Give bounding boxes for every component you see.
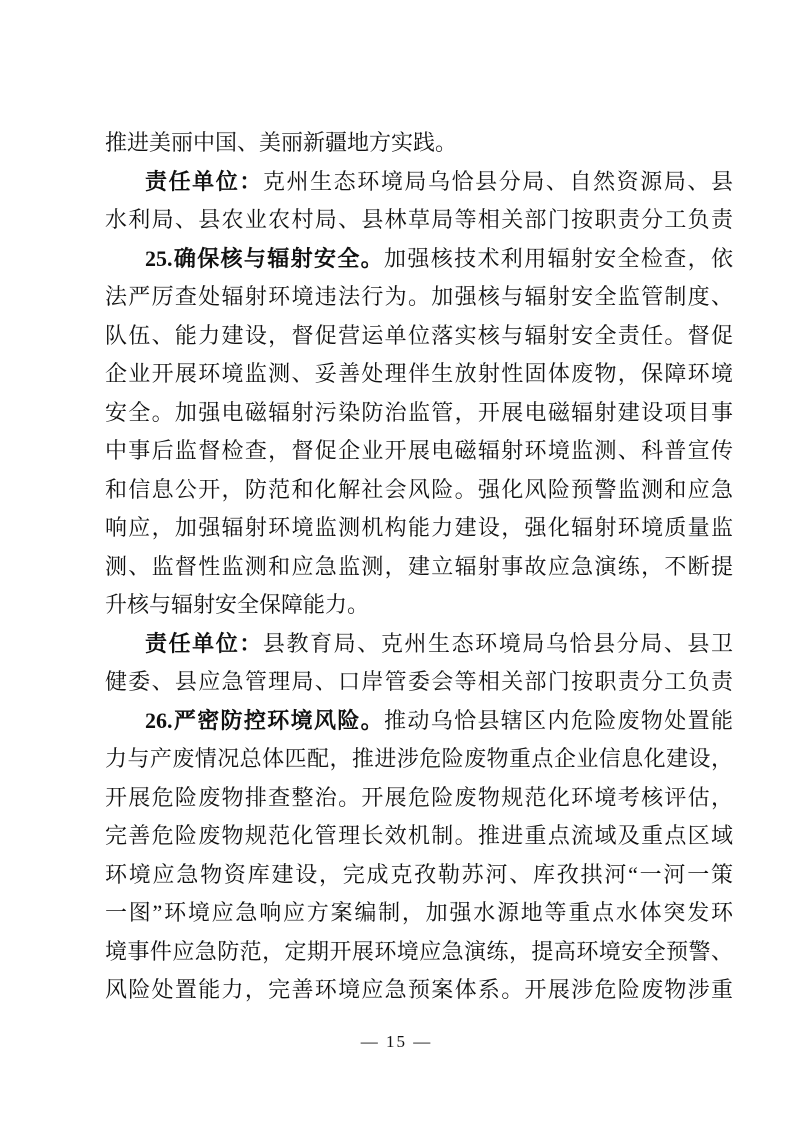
heading-bold-text: 25.确保核与辐射安全。 [145,246,384,271]
text-line: 响应，加强辐射环境监测机构能力建设，强化辐射环境质量监 [105,509,733,548]
line-text: 水利局、县农业农村局、县林草局等相关部门按职责分工负责 [105,207,733,232]
text-line: 环境应急物资库建设，完成克孜勒苏河、库孜拱河“一河一策 [105,856,733,895]
line-text: 响应，加强辐射环境监测机构能力建设，强化辐射环境质量监 [105,515,733,540]
text-line: 完善危险废物规范化管理长效机制。推进重点流域及重点区域 [105,817,733,856]
text-line: 风险处置能力，完善环境应急预案体系。开展涉危险废物涉重 [105,971,733,1010]
text-line: 开展危险废物排查整治。开展危险废物规范化环境考核评估， [105,779,733,818]
text-line: 升核与辐射安全保障能力。 [105,586,733,625]
text-line: 责任单位：克州生态环境局乌恰县分局、自然资源局、县 [105,163,733,202]
text-line: 责任单位：县教育局、克州生态环境局乌恰县分局、县卫 [105,625,733,664]
line-text: 中事后监督检查，督促企业开展电磁辐射环境监测、科普宣传 [105,438,733,463]
text-line: 力与产废情况总体匹配，推进涉危险废物重点企业信息化建设， [105,740,733,779]
line-text: 升核与辐射安全保障能力。 [105,592,369,617]
line-text: 环境应急物资库建设，完成克孜勒苏河、库孜拱河“一河一策 [105,862,733,887]
text-line: 一图”环境应急响应方案编制，加强水源地等重点水体突发环 [105,894,733,933]
line-text: 境事件应急防范，定期开展环境应急演练，提高环境安全预警、 [105,939,733,964]
heading-bold-text: 责任单位： [145,169,263,194]
line-text: 和信息公开，防范和化解社会风险。强化风险预警监测和应急 [105,477,733,502]
line-text: 一图”环境应急响应方案编制，加强水源地等重点水体突发环 [105,900,733,925]
line-text: 克州生态环境局乌恰县分局、自然资源局、县 [263,169,733,194]
line-text: 法严厉查处辐射环境违法行为。加强核与辐射安全监管制度、 [105,284,733,309]
document-body: 推进美丽中国、美丽新疆地方实践。责任单位：克州生态环境局乌恰县分局、自然资源局、… [105,124,733,1010]
text-line: 境事件应急防范，定期开展环境应急演练，提高环境安全预警、 [105,933,733,972]
heading-bold-text: 责任单位： [145,631,263,656]
line-text: 推动乌恰县辖区内危险废物处置能 [384,708,733,733]
text-line: 26.严密防控环境风险。推动乌恰县辖区内危险废物处置能 [105,702,733,741]
text-line: 中事后监督检查，督促企业开展电磁辐射环境监测、科普宣传 [105,432,733,471]
line-text: 推进美丽中国、美丽新疆地方实践。 [105,130,457,155]
line-text: 开展危险废物排查整治。开展危险废物规范化环境考核评估， [105,785,733,810]
text-line: 队伍、能力建设，督促营运单位落实核与辐射安全责任。督促 [105,317,733,356]
line-text: 风险处置能力，完善环境应急预案体系。开展涉危险废物涉重 [105,977,733,1002]
line-text: 安全。加强电磁辐射污染防治监管，开展电磁辐射建设项目事 [105,400,733,425]
text-line: 水利局、县农业农村局、县林草局等相关部门按职责分工负责 [105,201,733,240]
line-text: 测、监督性监测和应急监测，建立辐射事故应急演练，不断提 [105,554,733,579]
heading-bold-text: 26.严密防控环境风险。 [145,708,384,733]
document-page: 推进美丽中国、美丽新疆地方实践。责任单位：克州生态环境局乌恰县分局、自然资源局、… [0,0,793,1122]
text-line: 25.确保核与辐射安全。加强核技术利用辐射安全检查，依 [105,240,733,279]
line-text: 加强核技术利用辐射安全检查，依 [384,246,733,271]
line-text: 完善危险废物规范化管理长效机制。推进重点流域及重点区域 [105,823,733,848]
text-line: 和信息公开，防范和化解社会风险。强化风险预警监测和应急 [105,471,733,510]
text-line: 测、监督性监测和应急监测，建立辐射事故应急演练，不断提 [105,548,733,587]
text-line: 法严厉查处辐射环境违法行为。加强核与辐射安全监管制度、 [105,278,733,317]
text-line: 健委、县应急管理局、口岸管委会等相关部门按职责分工负责 [105,663,733,702]
line-text: 企业开展环境监测、妥善处理伴生放射性固体废物，保障环境 [105,361,733,386]
text-line: 推进美丽中国、美丽新疆地方实践。 [105,124,733,163]
text-line: 企业开展环境监测、妥善处理伴生放射性固体废物，保障环境 [105,355,733,394]
line-text: 队伍、能力建设，督促营运单位落实核与辐射安全责任。督促 [105,323,733,348]
page-number: — 15 — [0,1032,793,1052]
text-line: 安全。加强电磁辐射污染防治监管，开展电磁辐射建设项目事 [105,394,733,433]
line-text: 县教育局、克州生态环境局乌恰县分局、县卫 [263,631,733,656]
line-text: 健委、县应急管理局、口岸管委会等相关部门按职责分工负责 [105,669,733,694]
line-text: 力与产废情况总体匹配，推进涉危险废物重点企业信息化建设， [105,746,733,771]
